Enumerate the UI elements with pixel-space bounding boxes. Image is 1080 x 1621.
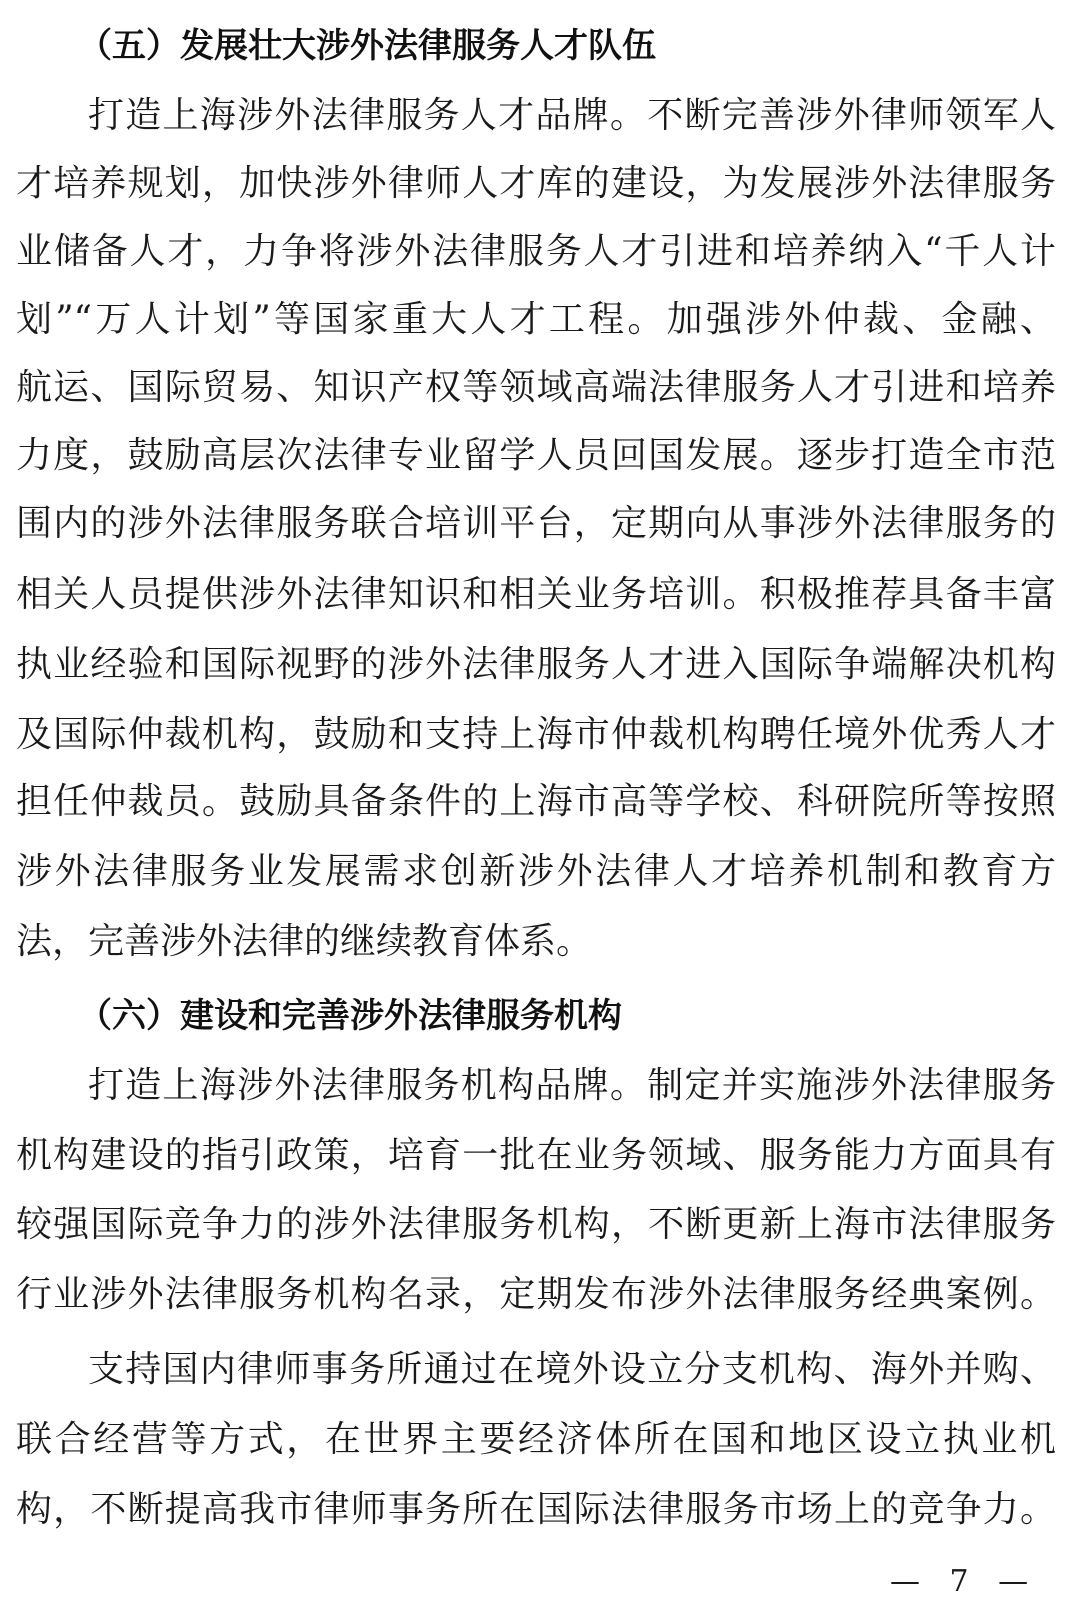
paragraph-line: 构，不断提高我市律师事务所在国际法律服务市场上的竞争力。 — [16, 1488, 1056, 1532]
paragraph-line: 涉外法律服务业发展需求创新涉外法律人才培养机制和教育方 — [16, 850, 1056, 894]
paragraph-line: 支持国内律师事务所通过在境外设立分支机构、海外并购、 — [88, 1348, 1056, 1392]
paragraph-line: 机构建设的指引政策，培育一批在业务领域、服务能力方面具有 — [16, 1134, 1056, 1178]
paragraph-line: 围内的涉外法律服务联合培训平台，定期向从事涉外法律服务的 — [16, 502, 1056, 546]
paragraph-line: 业储备人才，力争将涉外法律服务人才引进和培养纳入“千人计 — [16, 230, 1056, 274]
paragraph-line: 航运、国际贸易、知识产权等领域高端法律服务人才引进和培养 — [16, 366, 1056, 410]
section-heading-6: （六）建设和完善涉外法律服务机构 — [78, 994, 622, 1038]
paragraph-line: 打造上海涉外法律服务机构品牌。制定并实施涉外法律服务 — [88, 1064, 1056, 1108]
paragraph-line: 划”“万人计划”等国家重大人才工程。加强涉外仲裁、金融、 — [16, 298, 1056, 342]
paragraph-line: 才培养规划，加快涉外律师人才库的建设，为发展涉外法律服务 — [16, 162, 1056, 206]
document-page: （五）发展壮大涉外法律服务人才队伍 打造上海涉外法律服务人才品牌。不断完善涉外律… — [0, 0, 1080, 1621]
paragraph-line: 执业经验和国际视野的涉外法律服务人才进入国际争端解决机构 — [16, 643, 1056, 687]
paragraph-line: 行业涉外法律服务机构名录，定期发布涉外法律服务经典案例。 — [16, 1273, 1056, 1317]
paragraph-line: 法，完善涉外法律的继续教育体系。 — [16, 920, 1056, 964]
paragraph-line: 较强国际竞争力的涉外法律服务机构，不断更新上海市法律服务 — [16, 1203, 1056, 1247]
paragraph-line: 打造上海涉外法律服务人才品牌。不断完善涉外律师领军人 — [88, 94, 1056, 138]
paragraph-line: 相关人员提供涉外法律知识和相关业务培训。积极推荐具备丰富 — [16, 573, 1056, 617]
page-number: — 7 — — [890, 1562, 1038, 1602]
paragraph-line: 担任仲裁员。鼓励具备条件的上海市高等学校、科研院所等按照 — [16, 780, 1056, 824]
paragraph-line: 力度，鼓励高层次法律专业留学人员回国发展。逐步打造全市范 — [16, 434, 1056, 478]
section-heading-5: （五）发展壮大涉外法律服务人才队伍 — [78, 24, 656, 68]
paragraph-line: 及国际仲裁机构，鼓励和支持上海市仲裁机构聘任境外优秀人才 — [16, 713, 1056, 757]
paragraph-line: 联合经营等方式，在世界主要经济体所在国和地区设立执业机 — [16, 1418, 1056, 1462]
